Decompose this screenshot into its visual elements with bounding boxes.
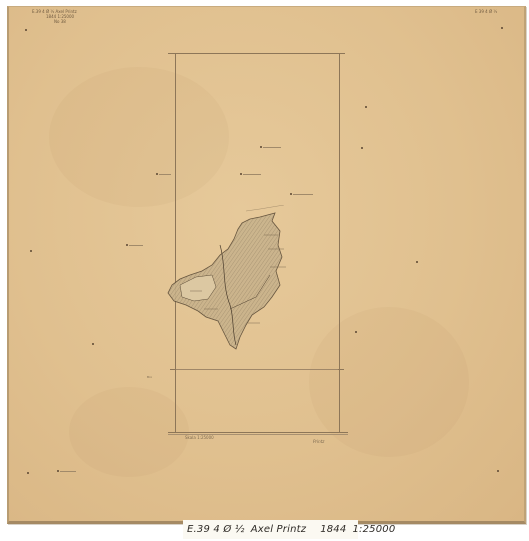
inner-grid-line: [175, 369, 339, 370]
survey-point: [92, 343, 94, 345]
survey-point: [416, 261, 418, 263]
author: Axel Printz: [251, 524, 307, 535]
corner-tick: [168, 53, 176, 54]
point-label: [129, 245, 143, 246]
grid-tick: [338, 369, 344, 370]
survey-point: [30, 250, 32, 252]
scale: 1:25000: [352, 524, 395, 535]
point-label: [159, 174, 171, 175]
year: 1844: [320, 524, 346, 535]
survey-point: [497, 470, 499, 472]
survey-point: [361, 147, 363, 149]
survey-point: [126, 244, 128, 246]
bottom-border-line: [168, 432, 348, 433]
island-landmass: [160, 205, 290, 355]
footer-caption: E.39 4 Ø ½ Axel Printz 1844 1:25000: [183, 520, 358, 539]
survey-point: [57, 470, 59, 472]
survey-point: [501, 27, 503, 29]
signature: Printz: [313, 439, 324, 444]
point-label: [60, 471, 76, 472]
grid-tick: [170, 369, 176, 370]
survey-point: [25, 29, 27, 31]
survey-point: [355, 331, 357, 333]
survey-point: [156, 173, 158, 175]
scale-bar-label: Skala 1:25000: [185, 435, 214, 440]
left-margin-label: Bro: [147, 375, 152, 379]
top-right-annotation: E 39 4 Ø ½: [475, 9, 515, 14]
survey-point: [27, 472, 29, 474]
survey-point: [365, 106, 367, 108]
title-annotation: E.39 4 Ø ½ Axel Printz 1844 1:25000 No 3…: [32, 9, 102, 24]
sheet-code: E.39 4 Ø ½: [187, 524, 245, 535]
corner-tick: [337, 53, 345, 54]
annotation-line-3: No 38: [32, 19, 102, 24]
